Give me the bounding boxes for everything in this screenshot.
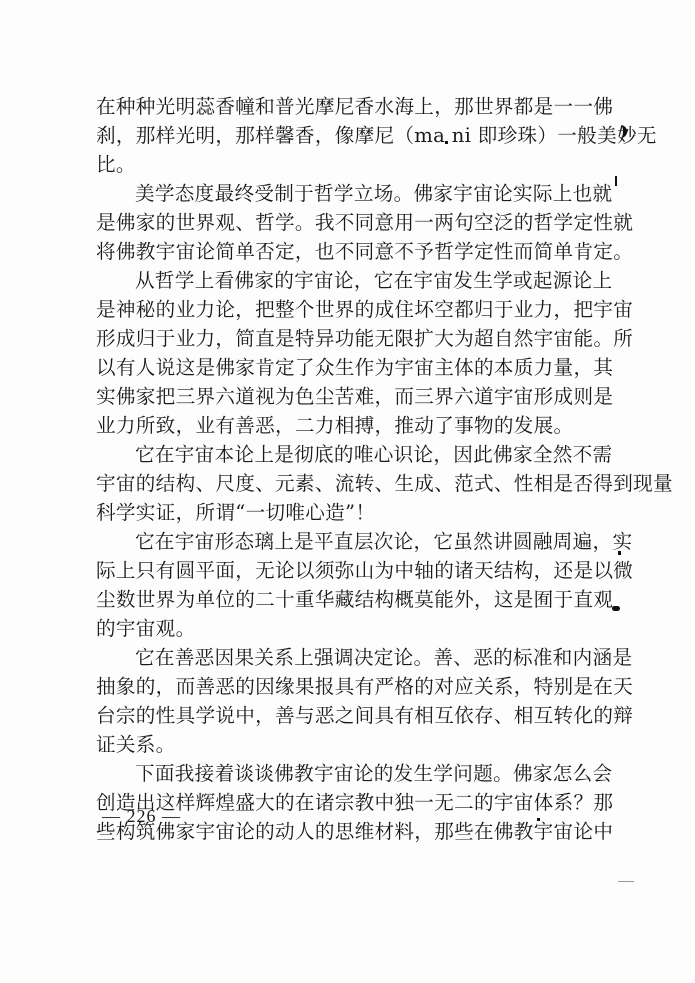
scan-artifact-speck bbox=[615, 176, 617, 186]
text-line-16: 它在宇宙形态璃上是平直层次论，它虽然讲圆融周遍，实 bbox=[96, 527, 558, 556]
text-line-11: 实佛家把三界六道视为色尘苦难，而三界六道宇宙形成则是 bbox=[96, 382, 558, 411]
text-line-21: 抽象的，而善恶的因缘果报具有严格的对应关系，特别是在天 bbox=[96, 672, 558, 701]
text-line-12: 业力所致，业有善恶，二力相搏，推动了事物的发展。 bbox=[96, 411, 558, 440]
text-line-23: 证关系。 bbox=[96, 730, 558, 759]
text-line-9: 形成归于业力，简直是特异功能无限扩大为超自然宇宙能。所 bbox=[96, 324, 558, 353]
text-line-15: 科学实证，所谓“一切唯心造”！ bbox=[96, 498, 558, 527]
text-line-8: 是神秘的业力论，把整个世界的成住坏空都归于业力，把宇宙 bbox=[96, 295, 558, 324]
text-line-7: 从哲学上看佛家的宇宙论，它在宇宙发生学或起源论上 bbox=[96, 266, 558, 295]
text-line-2: 刹，那样光明，那样馨香，像摩尼（ma ni 即珍珠）一般美妙无 bbox=[96, 121, 558, 150]
scan-artifact-line bbox=[618, 881, 634, 882]
text-line-18: 尘数世界为单位的二十重华藏结构概莫能外，这是囿于直观 bbox=[96, 585, 558, 614]
text-line-14: 宇宙的结构、尺度、元素、流转、生成、范式、性相是否得到现量 bbox=[96, 469, 558, 498]
text-line-1: 在种种光明蕊香幢和普光摩尼香水海上，那世界都是一一佛 bbox=[96, 92, 558, 121]
text-line-19: 的宇宙观。 bbox=[96, 614, 558, 643]
text-line-4: 美学态度最终受制于哲学立场。佛家宇宙论实际上也就 bbox=[96, 179, 558, 208]
scan-artifact-speck bbox=[445, 141, 448, 144]
scan-artifact-speck bbox=[618, 551, 621, 555]
scan-artifact-blot bbox=[612, 606, 620, 611]
scan-artifact-speck bbox=[537, 818, 540, 821]
text-line-6: 将佛教宇宙论简单否定，也不同意不予哲学定性而简单肯定。 bbox=[96, 237, 558, 266]
text-line-22: 台宗的性具学说中，善与恶之间具有相互依存、相互转化的辩 bbox=[96, 701, 558, 730]
text-line-13: 它在宇宙本论上是彻底的唯心识论，因此佛家全然不需 bbox=[96, 440, 558, 469]
text-line-17: 际上只有圆平面，无论以须弥山为中轴的诸天结构，还是以微 bbox=[96, 556, 558, 585]
text-line-20: 它在善恶因果关系上强调决定论。善、恶的标准和内涵是 bbox=[96, 643, 558, 672]
text-line-10: 以有人说这是佛家肯定了众生作为宇宙主体的本质力量，其 bbox=[96, 353, 558, 382]
text-line-5: 是佛家的世界观、哲学。我不同意用一两句空泛的哲学定性就 bbox=[96, 208, 558, 237]
body-text: 在种种光明蕊香幢和普光摩尼香水海上，那世界都是一一佛 刹，那样光明，那样馨香，像… bbox=[96, 92, 558, 846]
page-number: — 226 — bbox=[102, 806, 181, 827]
book-page: 在种种光明蕊香幢和普光摩尼香水海上，那世界都是一一佛 刹，那样光明，那样馨香，像… bbox=[0, 0, 695, 983]
text-line-3: 比。 bbox=[96, 150, 558, 179]
text-line-24: 下面我接着谈谈佛教宇宙论的发生学问题。佛家怎么会 bbox=[96, 759, 558, 788]
